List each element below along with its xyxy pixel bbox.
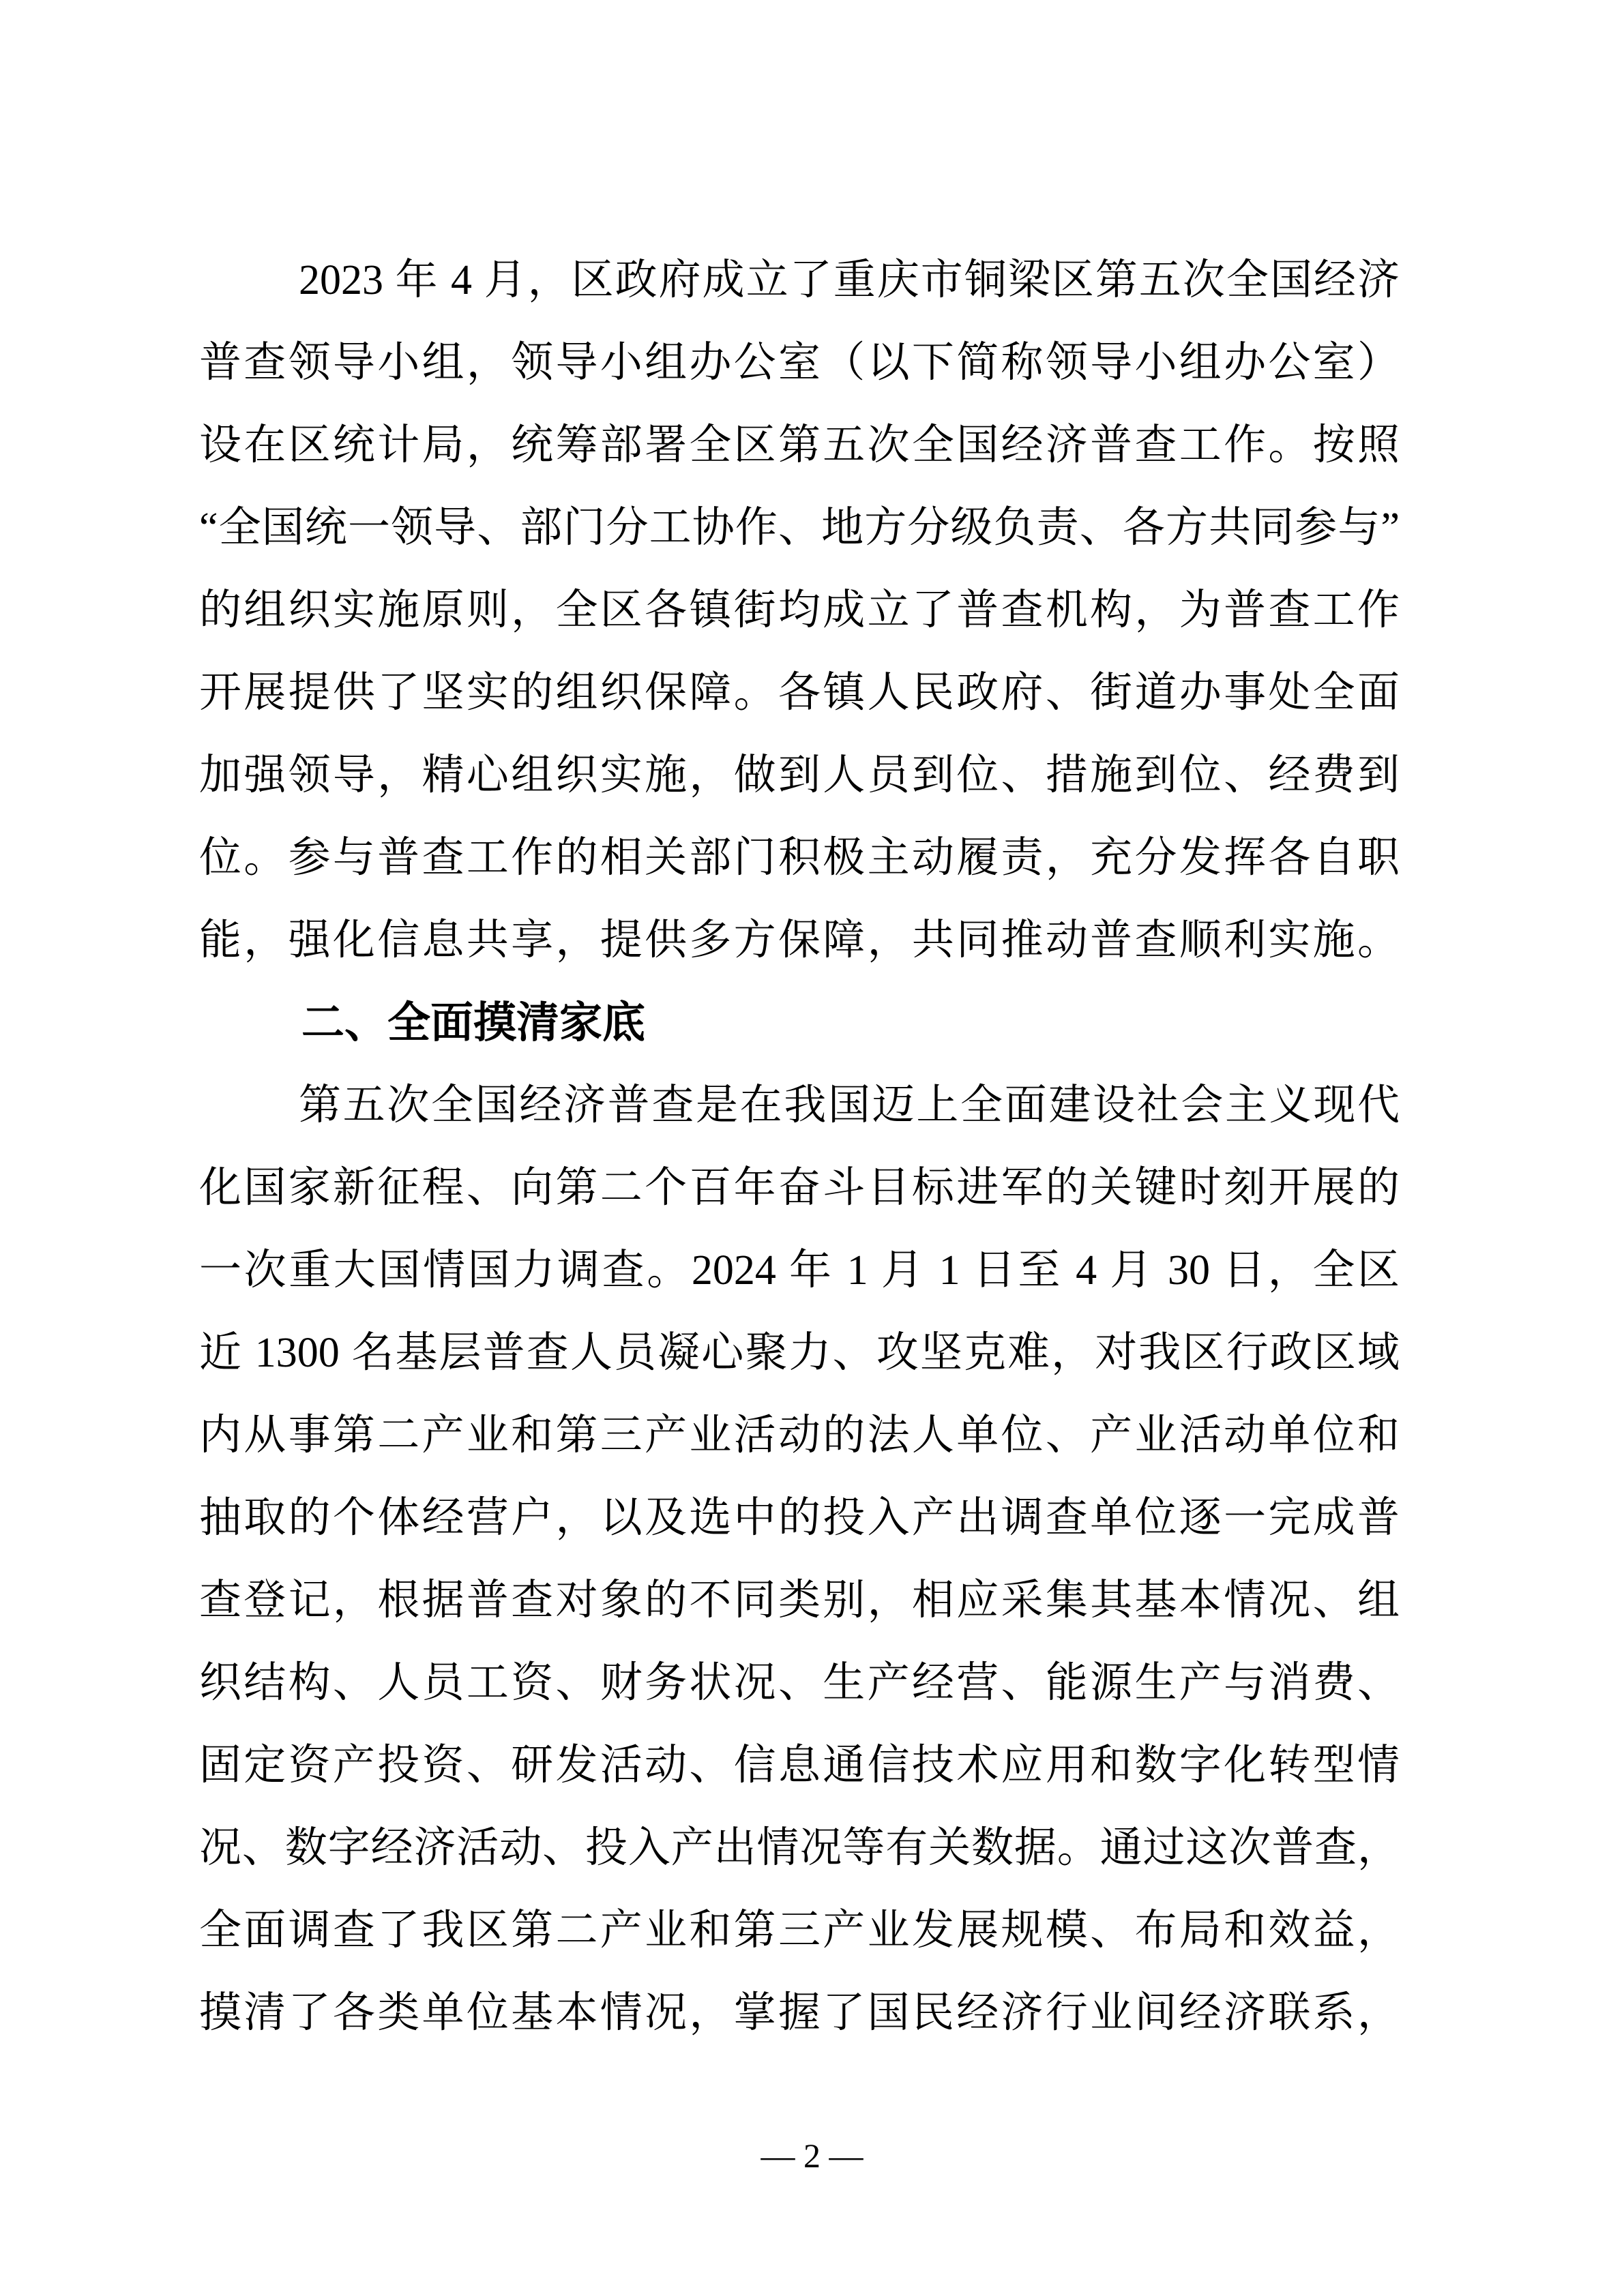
section-heading: 二、全面摸清家底	[199, 982, 1400, 1064]
paragraph2-line: 化国家新征程、向第二个百年奋斗目标进军的关键时刻开展的	[199, 1147, 1400, 1229]
document-page: 2023 年 4 月，区政府成立了重庆市铜梁区第五次全国经济 普查领导小组，领导…	[0, 0, 1624, 2296]
paragraph2-line: 固定资产投资、研发活动、信息通信技术应用和数字化转型情	[199, 1725, 1400, 1807]
paragraph1-line: “全国统一领导、部门分工协作、地方分级负责、各方共同参与”	[199, 487, 1400, 569]
page-number: — 2 —	[0, 2132, 1624, 2179]
paragraph2-line: 织结构、人员工资、财务状况、生产经营、能源生产与消费、	[199, 1642, 1400, 1725]
paragraph2-line: 况、数字经济活动、投入产出情况等有关数据。通过这次普查，	[199, 1807, 1400, 1890]
document-body: 2023 年 4 月，区政府成立了重庆市铜梁区第五次全国经济 普查领导小组，领导…	[199, 239, 1400, 2055]
paragraph1-line: 设在区统计局，统筹部署全区第五次全国经济普查工作。按照	[199, 404, 1400, 487]
paragraph2-line: 近 1300 名基层普查人员凝心聚力、攻坚克难，对我区行政区域	[199, 1312, 1400, 1395]
paragraph2-line: 全面调查了我区第二产业和第三产业发展规模、布局和效益，	[199, 1890, 1400, 1972]
paragraph2-line: 查登记，根据普查对象的不同类别，相应采集其基本情况、组	[199, 1560, 1400, 1642]
paragraph2-line: 第五次全国经济普查是在我国迈上全面建设社会主义现代	[199, 1064, 1400, 1147]
paragraph2-line: 一次重大国情国力调查。2024 年 1 月 1 日至 4 月 30 日，全区	[199, 1229, 1400, 1312]
paragraph2-line: 抽取的个体经营户，以及选中的投入产出调查单位逐一完成普	[199, 1477, 1400, 1560]
paragraph1-line: 普查领导小组，领导小组办公室（以下简称领导小组办公室）	[199, 322, 1400, 404]
paragraph1-line: 能，强化信息共享，提供多方保障，共同推动普查顺利实施。	[199, 899, 1400, 982]
paragraph1-line: 开展提供了坚实的组织保障。各镇人民政府、街道办事处全面	[199, 652, 1400, 734]
paragraph1-line: 加强领导，精心组织实施，做到人员到位、措施到位、经费到	[199, 734, 1400, 817]
paragraph2-line: 内从事第二产业和第三产业活动的法人单位、产业活动单位和	[199, 1395, 1400, 1477]
paragraph2-line: 摸清了各类单位基本情况，掌握了国民经济行业间经济联系，	[199, 1972, 1400, 2055]
paragraph1-line: 的组织实施原则，全区各镇街均成立了普查机构，为普查工作	[199, 569, 1400, 652]
paragraph1-line: 2023 年 4 月，区政府成立了重庆市铜梁区第五次全国经济	[199, 239, 1400, 322]
paragraph1-line: 位。参与普查工作的相关部门积极主动履责，充分发挥各自职	[199, 817, 1400, 899]
